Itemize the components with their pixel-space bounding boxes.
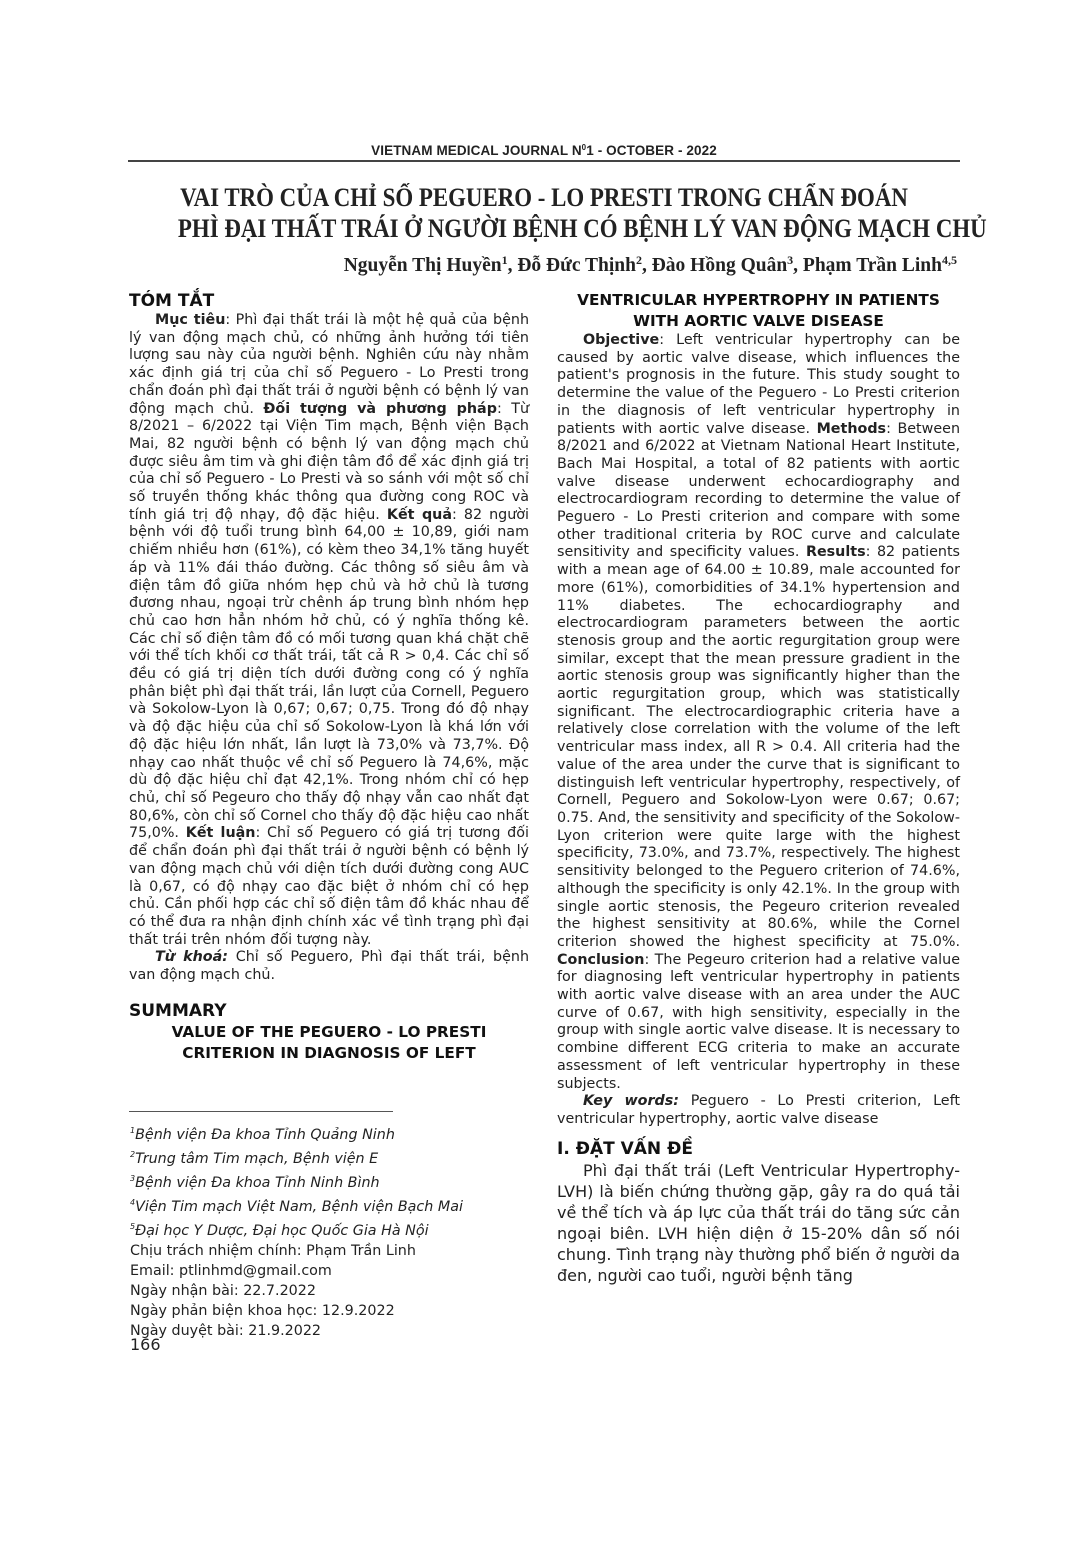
author-name: Đào Hồng Quân bbox=[652, 255, 787, 276]
received-date: Ngày nhận bài: 22.7.2022 bbox=[130, 1281, 530, 1301]
methods-label: Methods bbox=[817, 421, 887, 437]
conclusion-label: Kết luận bbox=[186, 825, 256, 841]
affiliation-5: 5Đại học Y Dược, Đại học Quốc Gia Hà Nội bbox=[130, 1217, 530, 1241]
footnotes: 1Bệnh viện Đa khoa Tỉnh Quảng Ninh 2Trun… bbox=[130, 1121, 530, 1341]
review-date: Ngày phản biện khoa học: 12.9.2022 bbox=[130, 1301, 530, 1321]
methods-label: Đối tượng và phương pháp bbox=[263, 401, 497, 417]
introduction-heading: I. ĐẶT VẤN ĐỀ bbox=[557, 1138, 960, 1160]
affiliation-text: Bệnh viện Đa khoa Tỉnh Ninh Bình bbox=[135, 1175, 380, 1191]
footnote-rule bbox=[129, 1111, 393, 1112]
methods-text: : Between 8/2021 and 6/2022 at Vietnam N… bbox=[557, 421, 960, 561]
author-list: Nguyễn Thị Huyền1, Đỗ Đức Thịnh2, Đào Hồ… bbox=[128, 253, 957, 277]
page-number: 166 bbox=[130, 1335, 161, 1354]
left-column: TÓM TẮT Mục tiêu: Phì đại thất trái là m… bbox=[129, 290, 529, 1064]
affiliation-text: Bệnh viện Đa khoa Tỉnh Quảng Ninh bbox=[135, 1127, 395, 1143]
header-rule bbox=[128, 160, 960, 162]
running-header: VIETNAM MEDICAL JOURNAL N01 - OCTOBER - … bbox=[128, 143, 960, 158]
title-line-2: PHÌ ĐẠI THẤT TRÁI Ở NGƯỜI BỆNH CÓ BỆNH L… bbox=[178, 213, 910, 244]
author-separator: , bbox=[642, 255, 652, 276]
english-keywords: Key words: Peguero - Lo Presti criterion… bbox=[557, 1093, 960, 1128]
keywords-label: Từ khoá: bbox=[155, 949, 228, 965]
english-abstract-body: Objective: Left ventricular hypertrophy … bbox=[557, 332, 960, 1093]
vietnamese-keywords: Từ khoá: Chỉ số Peguero, Phì đại thất tr… bbox=[129, 949, 529, 984]
methods-text: : Từ 8/2021 – 6/2022 tại Viện Tim mạch, … bbox=[129, 401, 529, 523]
english-title-part-1: VALUE OF THE PEGUERO - LO PRESTI CRITERI… bbox=[129, 1022, 529, 1064]
results-text: : 82 patients with a mean age of 64.00 ±… bbox=[557, 544, 960, 949]
right-column: VENTRICULAR HYPERTROPHY IN PATIENTS WITH… bbox=[557, 290, 960, 1286]
author-separator: , bbox=[508, 255, 518, 276]
objective-label: Mục tiêu bbox=[155, 312, 225, 328]
affiliation-2: 2Trung tâm Tim mạch, Bệnh viện E bbox=[130, 1145, 530, 1169]
results-label: Kết quả bbox=[387, 507, 452, 523]
objective-label: Objective bbox=[583, 332, 659, 348]
journal-issue: 1 - OCTOBER - 2022 bbox=[586, 143, 717, 158]
introduction-body: Phì đại thất trái (Left Ventricular Hype… bbox=[557, 1160, 960, 1286]
affiliation-4: 4Viện Tim mạch Việt Nam, Bệnh viện Bạch … bbox=[130, 1193, 530, 1217]
conclusion-text: : The Pegeuro criterion had a relative v… bbox=[557, 952, 960, 1092]
author-affiliation-sup: 4,5 bbox=[942, 253, 957, 267]
author-separator: , bbox=[793, 255, 803, 276]
english-summary-heading: SUMMARY bbox=[129, 1000, 529, 1022]
affiliation-1: 1Bệnh viện Đa khoa Tỉnh Quảng Ninh bbox=[130, 1121, 530, 1145]
corresponding-author: Chịu trách nhiệm chính: Phạm Trần Linh bbox=[130, 1241, 530, 1261]
affiliation-3: 3Bệnh viện Đa khoa Tỉnh Ninh Bình bbox=[130, 1169, 530, 1193]
affiliation-text: Đại học Y Dược, Đại học Quốc Gia Hà Nội bbox=[135, 1223, 428, 1239]
results-label: Results bbox=[806, 544, 866, 560]
english-title-part-2: VENTRICULAR HYPERTROPHY IN PATIENTS WITH… bbox=[557, 290, 960, 332]
vietnamese-abstract-body: Mục tiêu: Phì đại thất trái là một hệ qu… bbox=[129, 312, 529, 949]
accepted-date: Ngày duyệt bài: 21.9.2022 bbox=[130, 1321, 530, 1341]
author-name: Đỗ Đức Thịnh bbox=[517, 255, 636, 276]
keywords-label: Key words: bbox=[583, 1093, 679, 1109]
affiliation-text: Trung tâm Tim mạch, Bệnh viện E bbox=[135, 1151, 378, 1167]
affiliation-text: Viện Tim mạch Việt Nam, Bệnh viện Bạch M… bbox=[135, 1199, 463, 1215]
title-line-1: VAI TRÒ CỦA CHỈ SỐ PEGUERO - LO PRESTI T… bbox=[178, 182, 910, 213]
results-text: : 82 người bệnh với độ tuổi trung bình 6… bbox=[129, 507, 529, 842]
journal-name: VIETNAM MEDICAL JOURNAL N bbox=[371, 143, 582, 158]
email-link[interactable]: Email: ptlinhmd@gmail.com bbox=[130, 1261, 530, 1281]
conclusion-text: : Chỉ số Peguero có giá trị tương đối để… bbox=[129, 825, 529, 947]
article-title: VAI TRÒ CỦA CHỈ SỐ PEGUERO - LO PRESTI T… bbox=[178, 182, 910, 244]
journal-page: VIETNAM MEDICAL JOURNAL N01 - OCTOBER - … bbox=[0, 0, 1090, 1541]
author-name: Nguyễn Thị Huyền bbox=[344, 255, 502, 276]
author-name: Phạm Trần Linh bbox=[803, 255, 942, 276]
vietnamese-abstract-heading: TÓM TẮT bbox=[129, 290, 529, 312]
conclusion-label: Conclusion bbox=[557, 952, 644, 968]
